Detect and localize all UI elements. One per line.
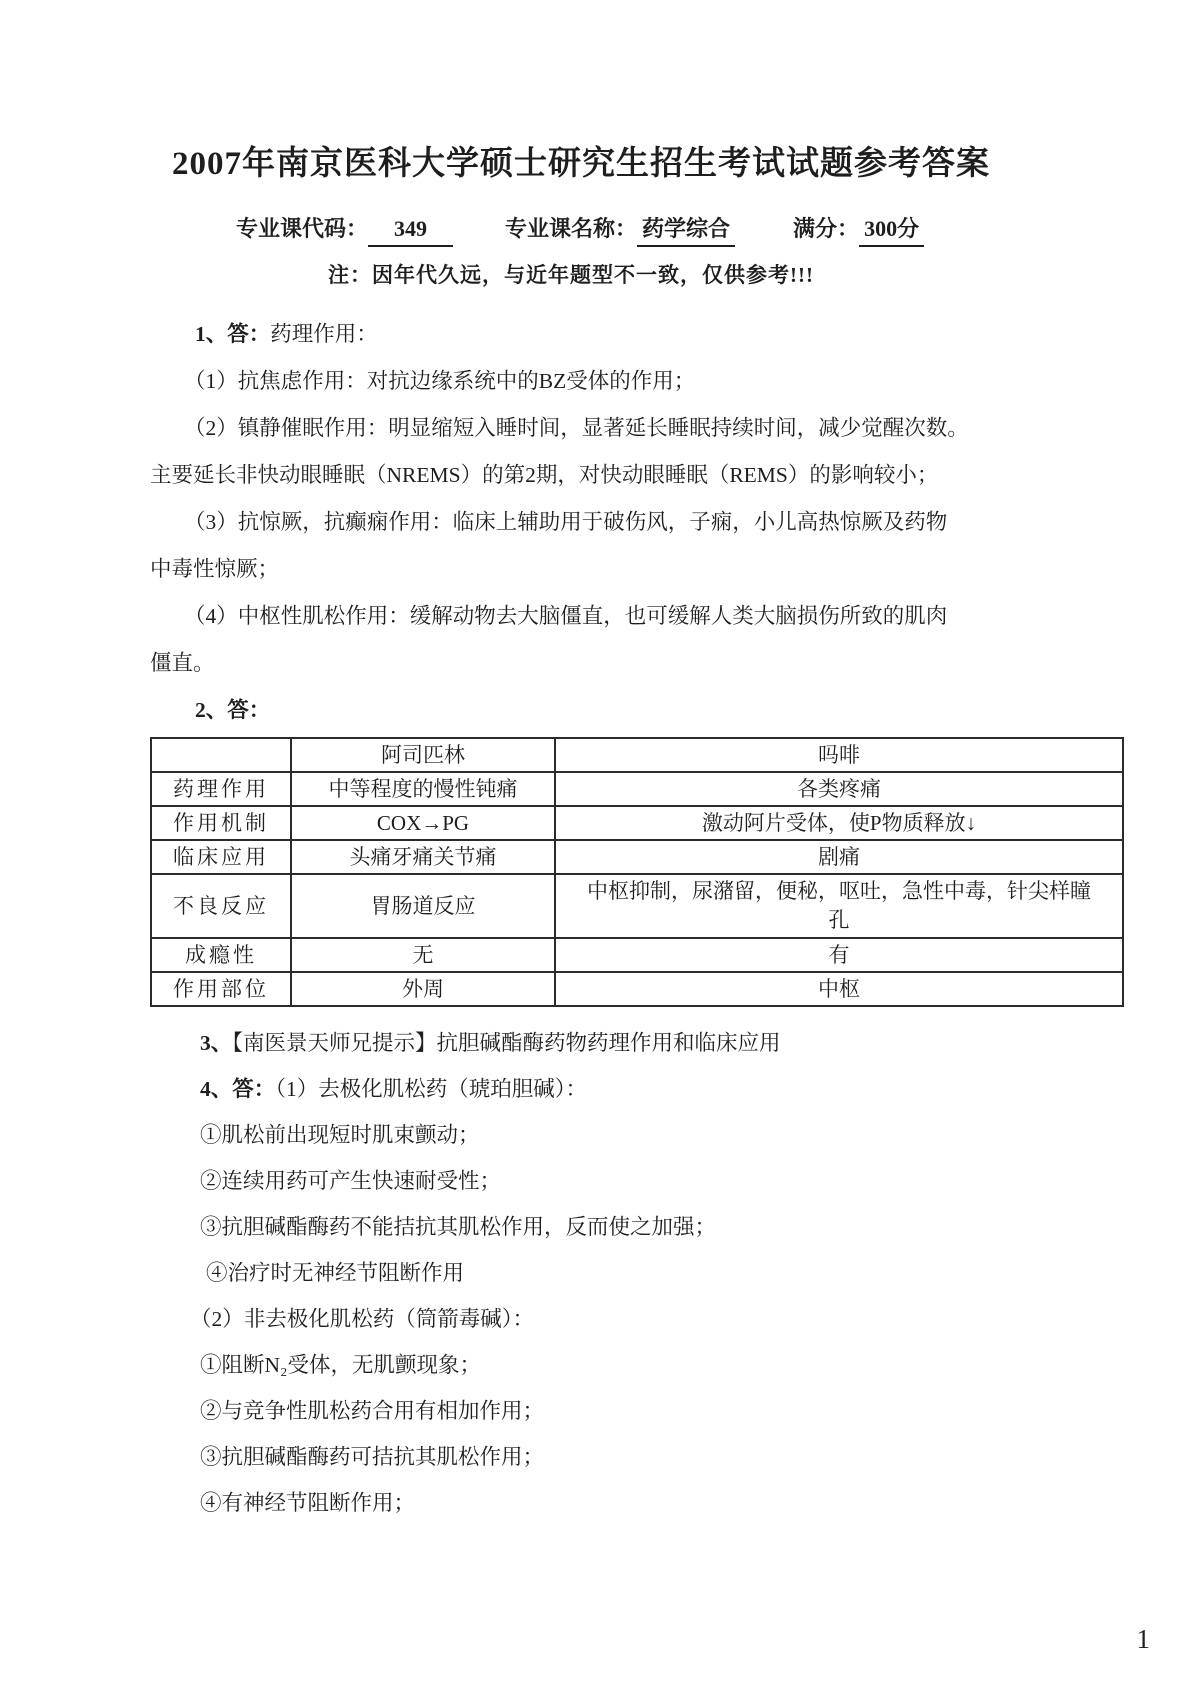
answer4-line: ②连续用药可产生快速耐受性； bbox=[150, 1158, 1102, 1204]
course-code-value: 349 bbox=[368, 214, 453, 247]
answer4-line: （2）非去极化肌松药（筒箭毒碱）： bbox=[150, 1296, 1102, 1342]
row-label: 临床应用 bbox=[151, 840, 291, 874]
table-row: 不良反应 胃肠道反应 中枢抑制，尿潴留，便秘，呕吐，急性中毒，针尖样瞳孔 bbox=[151, 874, 1123, 938]
answer4-line: ④治疗时无神经节阻断作用 bbox=[150, 1250, 1102, 1296]
table-header-aspirin: 阿司匹林 bbox=[291, 738, 555, 772]
morphine-cell: 各类疼痛 bbox=[555, 772, 1123, 806]
answer4-line: ③抗胆碱酯酶药不能拮抗其肌松作用，反而使之加强； bbox=[150, 1204, 1102, 1250]
answer4-line: ③抗胆碱酯酶药可拮抗其肌松作用； bbox=[150, 1434, 1102, 1480]
course-meta-row: 专业课代码：349 专业课名称：药学综合 满分：300分 bbox=[236, 214, 1102, 247]
answer4-heading-text: （1）去极化肌松药（琥珀胆碱）： bbox=[275, 1077, 587, 1101]
answer4-number: 4、答： bbox=[200, 1077, 275, 1101]
answer1-number: 1、答： bbox=[195, 322, 270, 346]
course-code-label: 专业课代码： bbox=[236, 214, 368, 244]
table-row: 成瘾性 无 有 bbox=[151, 938, 1123, 972]
answer1-line: （3）抗惊厥，抗癫痫作用：临床上辅助用于破伤风，子痫，小儿高热惊厥及药物 bbox=[150, 499, 1102, 546]
answer1-line: 僵直。 bbox=[150, 640, 1102, 687]
row-label: 作用机制 bbox=[151, 806, 291, 840]
table-header-row: 阿司匹林 吗啡 bbox=[151, 738, 1123, 772]
row-label: 作用部位 bbox=[151, 972, 291, 1006]
aspirin-cell: 头痛牙痛关节痛 bbox=[291, 840, 555, 874]
table-row: 作用部位 外周 中枢 bbox=[151, 972, 1123, 1006]
table-row: 临床应用 头痛牙痛关节痛 剧痛 bbox=[151, 840, 1123, 874]
answer4-heading: 4、答：（1）去极化肌松药（琥珀胆碱）： bbox=[150, 1066, 1102, 1112]
course-name-value: 药学综合 bbox=[637, 214, 735, 247]
table-row: 作用机制 COX→PG 激动阿片受体，使P物质释放↓ bbox=[151, 806, 1123, 840]
answer3-section: 3、【南医景天师兄提示】抗胆碱酯酶药物药理作用和临床应用 bbox=[150, 1020, 1102, 1066]
row-label: 不良反应 bbox=[151, 874, 291, 938]
answer4-section: 4、答：（1）去极化肌松药（琥珀胆碱）： ①肌松前出现短时肌束颤动； ②连续用药… bbox=[150, 1066, 1102, 1526]
morphine-cell: 中枢抑制，尿潴留，便秘，呕吐，急性中毒，针尖样瞳孔 bbox=[555, 874, 1123, 938]
answer1-line: 主要延长非快动眼睡眠（NREMS）的第2期，对快动眼睡眠（REMS）的影响较小； bbox=[150, 452, 1102, 499]
aspirin-cell: 外周 bbox=[291, 972, 555, 1006]
aspirin-cell: 无 bbox=[291, 938, 555, 972]
answer1-heading: 1、答：药理作用： bbox=[150, 311, 1102, 358]
answer3-number: 3、 bbox=[200, 1031, 232, 1055]
document-content: 2007年南京医科大学硕士研究生招生考试试题参考答案 专业课代码：349 专业课… bbox=[150, 140, 1102, 1526]
answer1-heading-text: 药理作用： bbox=[270, 322, 378, 346]
row-label: 药理作用 bbox=[151, 772, 291, 806]
aspirin-cell: 中等程度的慢性钝痛 bbox=[291, 772, 555, 806]
answer3-line: 3、【南医景天师兄提示】抗胆碱酯酶药物药理作用和临床应用 bbox=[150, 1020, 1102, 1066]
drug-comparison-table: 阿司匹林 吗啡 药理作用 中等程度的慢性钝痛 各类疼痛 作用机制 COX→PG … bbox=[150, 737, 1124, 1007]
full-score-label: 满分： bbox=[793, 214, 859, 244]
disclaimer-note: 注：因年代久远，与近年题型不一致，仅供参考!!! bbox=[150, 261, 992, 289]
document-page: 2007年南京医科大学硕士研究生招生考试试题参考答案 专业课代码：349 专业课… bbox=[0, 0, 1190, 1683]
answer1-line: （1）抗焦虑作用：对抗边缘系统中的BZ受体的作用； bbox=[150, 358, 1102, 405]
full-score-value: 300分 bbox=[859, 214, 924, 247]
answer2-number: 2、答： bbox=[195, 698, 270, 722]
answer1-line: （4）中枢性肌松作用：缓解动物去大脑僵直，也可缓解人类大脑损伤所致的肌肉 bbox=[150, 593, 1102, 640]
page-number: 1 bbox=[1137, 1624, 1151, 1655]
page-title: 2007年南京医科大学硕士研究生招生考试试题参考答案 bbox=[150, 140, 1012, 188]
table-corner-cell bbox=[151, 738, 291, 772]
morphine-cell: 中枢 bbox=[555, 972, 1123, 1006]
row-label: 成瘾性 bbox=[151, 938, 291, 972]
answer4-line: ①肌松前出现短时肌束颤动； bbox=[150, 1112, 1102, 1158]
table-row: 药理作用 中等程度的慢性钝痛 各类疼痛 bbox=[151, 772, 1123, 806]
answer1-line: 中毒性惊厥； bbox=[150, 546, 1102, 593]
morphine-cell: 剧痛 bbox=[555, 840, 1123, 874]
morphine-cell: 有 bbox=[555, 938, 1123, 972]
answer4-line: ②与竞争性肌松药合用有相加作用； bbox=[150, 1388, 1102, 1434]
answer1-line: （2）镇静催眠作用：明显缩短入睡时间，显著延长睡眠持续时间，减少觉醒次数。 bbox=[150, 405, 1102, 452]
answer3-text: 【南医景天师兄提示】抗胆碱酯酶药物药理作用和临床应用 bbox=[232, 1031, 780, 1055]
table-header-morphine: 吗啡 bbox=[555, 738, 1123, 772]
aspirin-cell: 胃肠道反应 bbox=[291, 874, 555, 938]
answer4-line: ①阻断N₂受体，无肌颤现象； bbox=[150, 1342, 1102, 1388]
answer1-section: 1、答：药理作用： （1）抗焦虑作用：对抗边缘系统中的BZ受体的作用； （2）镇… bbox=[150, 311, 1102, 734]
answer4-line: ④有神经节阻断作用； bbox=[150, 1480, 1102, 1526]
aspirin-cell: COX→PG bbox=[291, 806, 555, 840]
morphine-cell: 激动阿片受体，使P物质释放↓ bbox=[555, 806, 1123, 840]
course-name-label: 专业课名称： bbox=[505, 214, 637, 244]
answer2-heading: 2、答： bbox=[150, 687, 1102, 734]
